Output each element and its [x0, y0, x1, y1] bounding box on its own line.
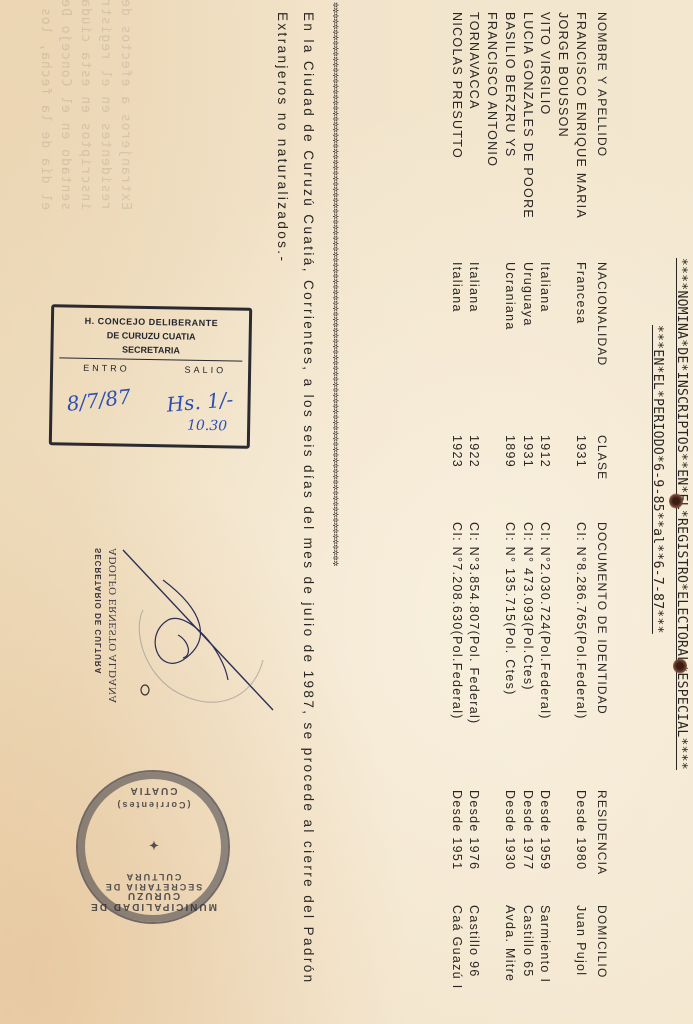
cell-documento: CI: N°2.030.724(Pol.Federal)	[538, 522, 552, 720]
cell-domicilio: Castillo 65	[521, 905, 535, 978]
header-nacionalidad: NACIONALIDAD	[595, 262, 609, 366]
cell-clase: 1922	[467, 435, 481, 468]
cell-nombre: TORNAVACCA	[467, 12, 481, 110]
cell-clase: 1931	[574, 435, 588, 468]
cell-nacionalidad: Italiana	[467, 262, 481, 313]
signatory-name: ADOLFO ERNESTO ALDANA	[107, 548, 119, 704]
cell-domicilio: Sarmiento I	[538, 905, 552, 983]
closing-text-line1: En la Ciudad de Curuzú Cuatiá, Corriente…	[301, 12, 316, 985]
closing-text-line2: Extranjeros no naturalizados.-	[275, 12, 290, 263]
cell-documento: CI: N° 135.715(Pol. Ctes)	[503, 522, 517, 696]
cell-documento: CI: N°8.286.765(Pol.Federal)	[574, 522, 588, 720]
seal-inner-text: SECRETARIA DE CULTURA	[78, 872, 228, 892]
cell-nacionalidad: Ucraniana	[503, 262, 517, 331]
signature-scribble	[113, 540, 283, 740]
stamp-handwritten-date: 8/7/87	[65, 384, 132, 416]
stamp-handwritten-time: 10.30	[187, 418, 227, 435]
cell-domicilio: Avda. Mitre	[503, 905, 517, 982]
bleed-through-text: residentes en el registro desde 1.985 y …	[98, 0, 113, 210]
cell-nombre: VITO VIRGILIO	[538, 12, 552, 116]
scanned-document-page: Extranjeros a efectos de la formación re…	[0, 0, 693, 1024]
cell-nombre: JORGE BOUSSON	[556, 12, 570, 138]
cell-residencia: Desde 1976	[467, 790, 481, 870]
municipal-seal: MUNICIPALIDAD DE CURUZU SECRETARIA DE CU…	[76, 770, 230, 924]
cell-residencia: Desde 1980	[574, 790, 588, 870]
bleed-through-text: Extranjeros a efectos de la formación	[118, 0, 133, 210]
cell-nacionalidad: Italiana	[450, 262, 464, 313]
stamp-institution: H. CONCEJO DELIBERANTE	[54, 315, 249, 328]
cell-documento: CI: N°7.208.630(Pol.Federal)	[450, 522, 464, 720]
stamp-handwritten-note: Hs. 1/-	[166, 387, 234, 417]
header-domicilio: DOMICILIO	[595, 905, 609, 978]
header-clase: CLASE	[595, 435, 609, 480]
cell-clase: 1931	[521, 435, 535, 468]
cell-documento: CI: N° 473.093(Pol.Ctes)	[521, 522, 535, 691]
seal-emblem-icon: ✦	[78, 838, 228, 852]
cell-nacionalidad: Italiana	[538, 262, 552, 313]
cell-domicilio: Juan Pujol	[574, 905, 588, 976]
cell-residencia: Desde 1977	[521, 790, 535, 870]
cell-domicilio: Caá Guazú I	[450, 905, 464, 989]
cell-nombre: BASILIO BERZRU YS	[503, 12, 517, 158]
punch-hole-mark	[673, 658, 687, 674]
bleed-through-text: sentado en el Concejo Deliberante de la …	[58, 0, 73, 210]
stamp-salio-label: SALIO	[185, 365, 227, 376]
stamp-divider	[59, 357, 242, 361]
cell-nombre: FRANCISCO ANTONIO	[485, 12, 499, 167]
stamp-entro-label: ENTRO	[83, 363, 130, 374]
entry-stamp: H. CONCEJO DELIBERANTE DE CURUZU CUATIA …	[49, 304, 252, 448]
cell-clase: 1923	[450, 435, 464, 468]
cell-clase: 1899	[503, 435, 517, 468]
cell-nacionalidad: Francesa	[574, 262, 588, 325]
cell-residencia: Desde 1951	[450, 790, 464, 870]
cell-documento: CI: N°3.854.807(Pol. Federal)	[467, 522, 481, 725]
header-documento: DOCUMENTO DE IDENTIDAD	[595, 522, 609, 715]
punch-hole-mark	[669, 493, 683, 509]
bleed-through-text: el día de la fecha, los que firman al pi…	[38, 0, 53, 210]
cell-clase: 1912	[538, 435, 552, 468]
header-residencia: RESIDENCIA	[595, 790, 609, 875]
cell-residencia: Desde 1930	[503, 790, 517, 870]
stamp-department: SECRETARIA	[53, 343, 248, 356]
cell-domicilio: Castillo 96	[467, 905, 481, 978]
seal-bottom-text: CUATIA	[78, 785, 228, 796]
bleed-through-text: inscriptos en esta ciudad de Curuzú Cuat…	[78, 0, 93, 210]
document-title: ****NOMINA*DE*INSCRIPTOS**EN*EL*REGISTRO…	[674, 258, 689, 770]
cell-nombre: FRANCISCO ENRIQUE MARIA	[574, 12, 588, 219]
cell-residencia: Desde 1959	[538, 790, 552, 870]
header-nombre: NOMBRE Y APELLIDO	[595, 12, 609, 157]
stamp-city: DE CURUZU CUATIA	[54, 329, 249, 342]
cell-nacionalidad: Uruguaya	[521, 262, 535, 327]
seal-province-text: (Corrientes)	[78, 800, 228, 810]
cell-nombre: LUCIA GONZALES DE POORE	[521, 12, 535, 219]
cell-nombre: NICOLAS PRESUTTO	[450, 12, 464, 159]
signatory-title: SECRETARIO DE CULTURA	[94, 548, 103, 674]
seal-top-text: MUNICIPALIDAD DE CURUZU	[78, 890, 228, 912]
star-divider: ✲✲✲✲✲✲✲✲✲✲✲✲✲✲✲✲✲✲✲✲✲✲✲✲✲✲✲✲✲✲✲✲✲✲✲✲✲✲✲✲…	[330, 2, 341, 566]
document-subtitle-period: ***EN*EL*PERIODO*6-9-85**al**6-7-87***	[650, 325, 665, 634]
